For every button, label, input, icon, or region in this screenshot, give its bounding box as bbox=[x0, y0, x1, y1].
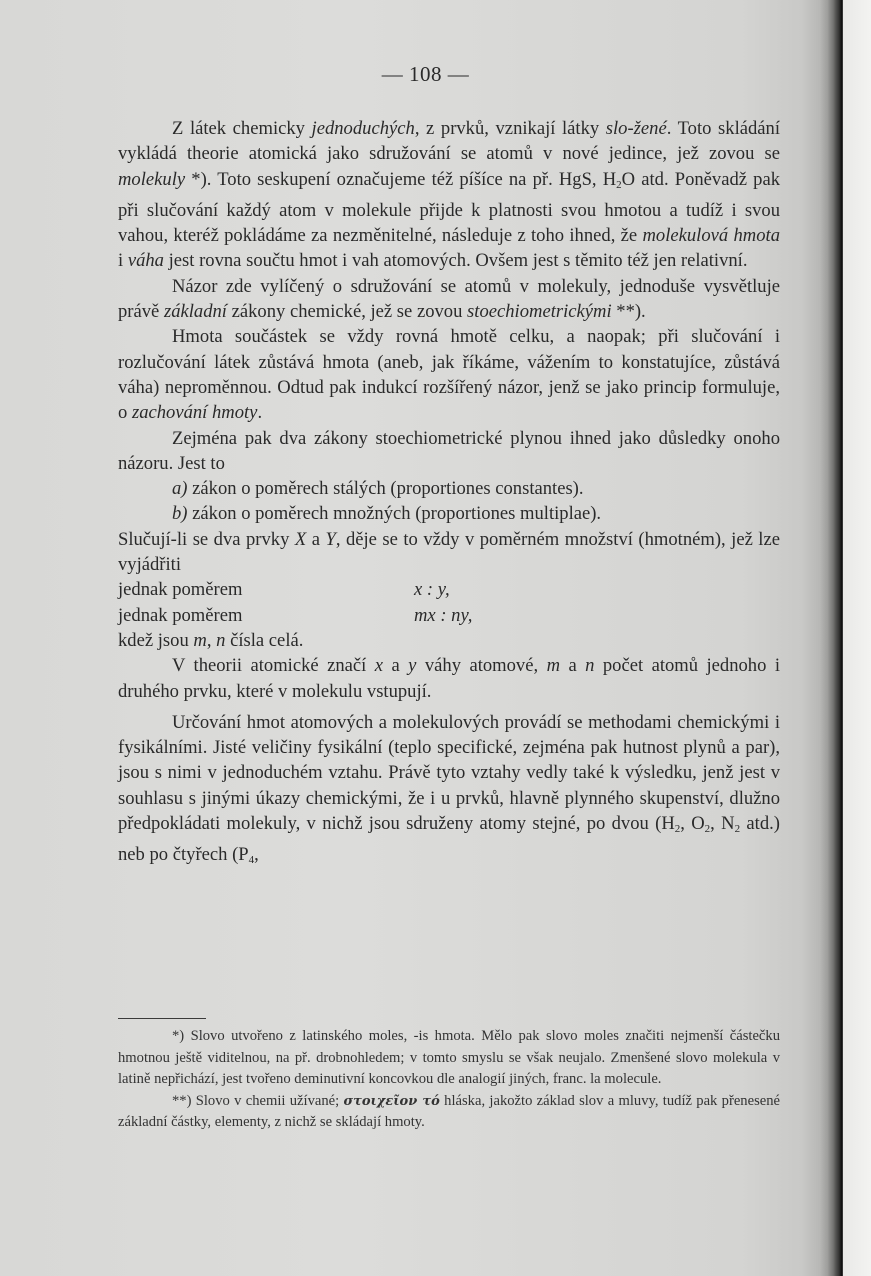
text: i bbox=[118, 250, 128, 271]
text: Slučují-li se dva prvky bbox=[118, 529, 295, 550]
law-a: a) zákon o poměrech stálých (proportione… bbox=[118, 476, 780, 501]
footnotes: *) Slovo utvořeno z latinského moles, -i… bbox=[118, 1026, 780, 1134]
binding-shadow bbox=[820, 0, 842, 1276]
text: , bbox=[207, 630, 216, 651]
text: , z prvků, vznikají látky bbox=[415, 118, 606, 139]
emphasis: molekuly bbox=[118, 169, 185, 190]
greek-term: στοιχεῖον τό bbox=[344, 1094, 440, 1109]
footnote-separator bbox=[118, 1018, 206, 1019]
emphasis: váha bbox=[128, 250, 164, 271]
text: váhy atomové, bbox=[416, 655, 546, 676]
footnote-2: **) Slovo v chemii užívané; στοιχεῖον τό… bbox=[118, 1091, 780, 1134]
text: *). Toto seskupení označujeme též píšíce… bbox=[185, 169, 616, 190]
emphasis: jednoduchých bbox=[312, 118, 415, 139]
paragraph-two-laws: Zejména pak dva zákony stoechiometrické … bbox=[118, 426, 780, 477]
paragraph-conservation: Hmota součástek se vždy rovná hmotě celk… bbox=[118, 324, 780, 425]
text: a bbox=[306, 529, 325, 550]
text: a bbox=[383, 655, 408, 676]
text: V theorii atomické značí bbox=[172, 655, 375, 676]
adjacent-page-edge bbox=[843, 0, 871, 1276]
text: zákon o poměrech množných (proportiones … bbox=[188, 503, 602, 524]
emphasis: stoechiometrickými bbox=[467, 301, 612, 322]
ratio-label: jednak poměrem bbox=[118, 603, 414, 628]
paragraph-molecules: Z látek chemicky jednoduchých, z prvků, … bbox=[118, 116, 780, 274]
ratio-label: jednak poměrem bbox=[118, 577, 414, 602]
text: zákony chemické, jež se zovou bbox=[227, 301, 467, 322]
paragraph-integers: kdež jsou m, n čísla celá. bbox=[118, 628, 780, 653]
paragraph-atomic-theory: V theorii atomické značí x a y váhy atom… bbox=[118, 653, 780, 704]
text: kdež jsou bbox=[118, 630, 193, 651]
emphasis: slo-žené bbox=[606, 118, 667, 139]
emphasis: zachování hmoty bbox=[132, 402, 257, 423]
emphasis: základní bbox=[164, 301, 227, 322]
emphasis: Y bbox=[325, 529, 335, 550]
text: Z látek chemicky bbox=[172, 118, 312, 139]
text: **) Slovo v chemii užívané; bbox=[172, 1093, 344, 1109]
text: , O bbox=[680, 813, 704, 834]
emphasis: molekulová hmota bbox=[642, 225, 780, 246]
text: čísla celá. bbox=[225, 630, 303, 651]
text: , N bbox=[710, 813, 734, 834]
ratio-row: jednak poměrem x : y, bbox=[118, 577, 780, 602]
list-marker: b) bbox=[172, 503, 188, 524]
text: Zejména pak dva zákony stoechiometrické … bbox=[118, 428, 780, 474]
emphasis: m bbox=[547, 655, 560, 676]
list-marker: a) bbox=[172, 478, 188, 499]
body-text: Z látek chemicky jednoduchých, z prvků, … bbox=[118, 116, 780, 874]
paragraph-stoichiometric: Názor zde vylíčený o sdružování se atomů… bbox=[118, 274, 780, 325]
emphasis: m bbox=[193, 630, 206, 651]
paragraph-determination: Určování hmot atomových a molekulových p… bbox=[118, 710, 780, 874]
text: jest rovna součtu hmot i vah atomových. … bbox=[164, 250, 748, 271]
text: a bbox=[560, 655, 585, 676]
text: **). bbox=[612, 301, 646, 322]
paragraph-combination: Slučují-li se dva prvky X a Y, děje se t… bbox=[118, 527, 780, 578]
ratio-row: jednak poměrem mx : ny, bbox=[118, 603, 780, 628]
footnote-1: *) Slovo utvořeno z latinského moles, -i… bbox=[118, 1026, 780, 1091]
text: zákon o poměrech stálých (proportiones c… bbox=[188, 478, 584, 499]
law-b: b) zákon o poměrech množných (proportion… bbox=[118, 501, 780, 526]
ratio-value: x : y, bbox=[414, 577, 450, 602]
text: , bbox=[254, 844, 259, 865]
text: . bbox=[257, 402, 262, 423]
page-number: — 108 — bbox=[0, 62, 871, 87]
emphasis: x bbox=[375, 655, 383, 676]
emphasis: X bbox=[295, 529, 306, 550]
ratio-value: mx : ny, bbox=[414, 603, 472, 628]
